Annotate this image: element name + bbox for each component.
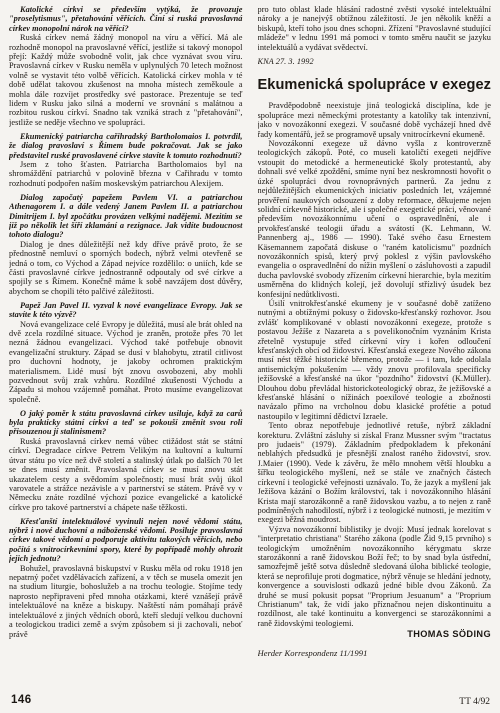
interview-answer: Ruská pravoslavná církev nemá vůbec ctiž… bbox=[9, 437, 243, 512]
left-column: Katolické církvi se především vytýká, že… bbox=[9, 5, 243, 687]
interview-question: O jaký poměr k státu pravoslavná církev … bbox=[9, 409, 243, 437]
issue-label: TT 4/92 bbox=[459, 697, 490, 707]
interview-answer: Bohužel, pravoslavná biskupství v Rusku … bbox=[9, 564, 243, 639]
interview-question: Katolické církvi se především vytýká, že… bbox=[9, 5, 243, 33]
interview-question: Křesťanští intelektuálové vyvinuli nejen… bbox=[9, 517, 243, 564]
article-author: THOMAS SÖDING bbox=[258, 630, 492, 639]
interview-answer: Ruská církev nemá žádný monopol na víru … bbox=[9, 33, 243, 127]
article-paragraph: Výzva novozákonní biblistiky je dvojí: M… bbox=[258, 525, 492, 628]
page-number: 146 bbox=[11, 694, 32, 706]
interview-continuation: pro tuto oblast klade hlásání radostné z… bbox=[258, 5, 492, 52]
interview-question: Ekumenický patriarcha cařihradský Bartho… bbox=[9, 132, 243, 160]
article-paragraph: Pravděpodobně neexistuje jiná teologická… bbox=[258, 101, 492, 139]
interview-answer: Jsem z toho šťasten. Patriarcha Bartholo… bbox=[9, 160, 243, 188]
article-paragraph: Tento obraz nepotřebuje jednotlivé retuš… bbox=[258, 421, 492, 524]
article-paragraph: Novozákonní exegeze už dávno vyšla z kon… bbox=[258, 139, 492, 299]
interview-answer: Nová evangelizace celé Evropy je důležit… bbox=[9, 320, 243, 405]
right-column: pro tuto oblast klade hlásání radostné z… bbox=[258, 5, 492, 687]
scanned-journal-page: Katolické církvi se především vytýká, že… bbox=[0, 0, 500, 713]
article-title: Ekumenická spolupráce v exegezi NZ bbox=[258, 77, 492, 93]
interview-question: Papež Jan Pavel II. vyzval k nové evange… bbox=[9, 301, 243, 320]
interview-answer: Dialog je dnes důležitější než kdy dříve… bbox=[9, 240, 243, 296]
agency-dateline: KNA 27. 3. 1992 bbox=[258, 57, 492, 66]
interview-question: Dialog započatý papežem Pavlem VI. a pat… bbox=[9, 193, 243, 240]
article-paragraph: Úsilí vnitrokřesťanské ekumeny je v souč… bbox=[258, 299, 492, 421]
text-columns: Katolické církvi se především vytýká, že… bbox=[9, 5, 491, 687]
article-source: Herder Korrespondenz 11/1991 bbox=[258, 649, 492, 658]
